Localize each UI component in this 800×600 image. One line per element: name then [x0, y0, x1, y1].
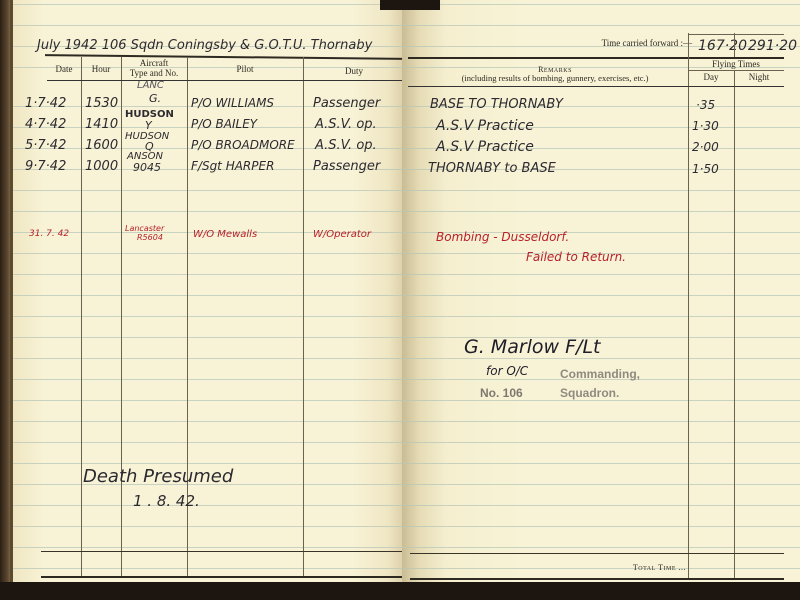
entry-aircraft-type: LANC: [137, 80, 164, 91]
header-duty: Duty: [303, 66, 405, 77]
ruled-lines: [402, 0, 800, 585]
entry-hour: 1600: [85, 138, 118, 153]
entry-pilot: F/Sgt HARPER: [191, 159, 274, 173]
gutter-shadow: [380, 0, 440, 10]
header-aircraft-2: Type and No.: [121, 68, 187, 79]
day-time: 1·50: [692, 162, 719, 176]
month-squadron-title: July 1942 106 Sqdn Coningsby & G.O.T.U. …: [37, 38, 372, 53]
time-carried-forward-label: Time carried forward :—: [572, 38, 692, 49]
day-time: ·35: [696, 98, 715, 112]
red-entry-duty: W/Operator: [313, 229, 371, 240]
carried-day-value: 167·20: [698, 38, 747, 54]
signature-for: for O/C: [486, 364, 528, 378]
entry-duty: A.S.V. op.: [315, 117, 377, 132]
header-bottom-line: [47, 80, 405, 81]
remark-text: BASE TO THORNABY: [430, 97, 563, 112]
entry-duty: Passenger: [313, 96, 380, 111]
day-time: 2·00: [692, 140, 719, 154]
remarks-subheader: (including results of bombing, gunnery, …: [422, 73, 688, 84]
logbook-spread: July 1942 106 Sqdn Coningsby & G.O.T.U. …: [0, 0, 800, 600]
officer-signature: G. Marlow F/Lt: [464, 336, 601, 358]
entry-date: 1·7·42: [25, 96, 66, 111]
col-divider: [121, 57, 122, 577]
header-bottom-line: [408, 86, 784, 87]
entry-pilot: P/O WILLIAMS: [191, 96, 274, 110]
entry-date: 5·7·42: [25, 138, 66, 153]
red-entry-aircraft-type: Lancaster: [125, 224, 164, 233]
entry-date: 4·7·42: [25, 117, 66, 132]
death-presumed-annotation: Death Presumed: [83, 466, 233, 487]
left-page: July 1942 106 Sqdn Coningsby & G.O.T.U. …: [10, 0, 405, 585]
remark-text: THORNABY to BASE: [428, 161, 556, 176]
entry-date: 9·7·42: [25, 159, 66, 174]
bottom-line: [410, 578, 784, 580]
flying-times-divider: [688, 70, 784, 71]
total-time-label: Total Time ...: [552, 562, 686, 573]
col-divider-carried: [734, 33, 735, 57]
flying-times-header: Flying Times: [688, 59, 784, 70]
bottom-edge: [0, 582, 800, 600]
red-remark-failed-to-return: Failed to Return.: [526, 250, 626, 264]
night-header: Night: [734, 72, 784, 83]
remark-text: A.S.V Practice: [436, 139, 534, 155]
stamp-commanding: Commanding,: [560, 367, 640, 381]
header-pilot: Pilot: [187, 64, 303, 75]
ruled-lines: [13, 0, 405, 585]
entry-hour: 1530: [85, 96, 118, 111]
bottom-line: [41, 576, 405, 578]
total-line: [41, 551, 405, 552]
day-header: Day: [688, 72, 734, 83]
red-entry-pilot: W/O Mewalls: [193, 229, 257, 240]
col-divider: [303, 57, 304, 577]
carried-box-top: [688, 34, 784, 35]
total-top-line: [410, 553, 784, 554]
red-remark-bombing: Bombing - Dusseldorf.: [436, 230, 569, 244]
entry-hour: 1410: [85, 117, 118, 132]
header-date: Date: [47, 64, 81, 75]
header-hour: Hour: [81, 64, 121, 75]
remark-text: A.S.V Practice: [436, 118, 534, 134]
entry-pilot: P/O BROADMORE: [191, 138, 295, 152]
entry-aircraft-no: 9045: [133, 161, 161, 174]
col-divider-night: [734, 70, 735, 578]
red-entry-aircraft-no: R5604: [137, 233, 163, 242]
red-entry-date: 31. 7. 42: [29, 229, 69, 239]
stamp-squadron-number: No. 106: [480, 386, 523, 400]
entry-pilot: P/O BAILEY: [191, 117, 257, 131]
entry-duty: Passenger: [313, 159, 380, 174]
stamp-squadron: Squadron.: [560, 386, 619, 400]
right-page: Time carried forward :— 167·20 291·20 Re…: [402, 0, 800, 585]
day-time: 1·30: [692, 119, 719, 133]
col-divider: [81, 57, 82, 577]
entry-aircraft-no: G.: [149, 92, 161, 105]
carried-night-value: 291·20: [748, 38, 797, 54]
entry-hour: 1000: [85, 159, 118, 174]
entry-duty: A.S.V. op.: [315, 138, 377, 153]
col-divider-day: [688, 33, 689, 578]
death-presumed-date: 1 . 8. 42.: [133, 492, 200, 510]
